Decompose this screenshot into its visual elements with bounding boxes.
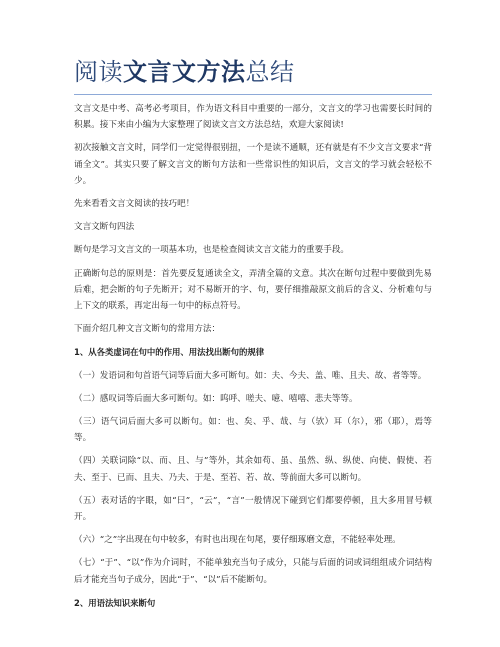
list-item: （六）“之”字出现在句中较多，有时也出现在句尾，要仔细琢磨文意，不能轻率处理。 bbox=[74, 532, 432, 548]
paragraph: 正确断句总的原则是：首先要反复通读全文，弄清全篇的文意。其次在断句过程中要做到先… bbox=[74, 266, 432, 315]
paragraph: 先来看看文言文阅读的技巧吧！ bbox=[74, 196, 432, 212]
section-heading-1: 1、从各类虚词在句中的作用、用法找出断句的规律 bbox=[74, 344, 432, 360]
list-item: （三）语气词后面大多可以断句。如：也、矣、乎、哉、与（欤）耳（尔），邪（耶），焉… bbox=[74, 414, 432, 446]
paragraph: 断句是学习文言文的一项基本功，也是检查阅读文言文能力的重要手段。 bbox=[74, 242, 432, 258]
paragraph: 下面介绍几种文言文断句的常用方法： bbox=[74, 321, 432, 337]
document-body: 文言文是中考、高考必考项目，作为语文科目中重要的一部分，文言文的学习也需要长时间… bbox=[74, 101, 432, 618]
document-page: 阅读文言文方法总结 文言文是中考、高考必考项目，作为语文科目中重要的一部分，文言… bbox=[0, 0, 500, 647]
list-item: （一）发语词和句首语气词等后面大多可断句。如：夫、今夫、盖、唯、且夫、故、者等等… bbox=[74, 368, 432, 384]
title-part-3: 总结 bbox=[246, 58, 295, 86]
section-label: 文言文断句四法 bbox=[74, 219, 432, 235]
title-part-2: 文言文方法 bbox=[123, 58, 246, 86]
paragraph: 初次接触文言文时，同学们一定觉得很别扭，一个是读不通顺，还有就是有不少文言文要求… bbox=[74, 140, 432, 189]
section-heading-2: 2、用语法知识来断句 bbox=[74, 595, 432, 611]
list-item: （四）关联词除“以、而、且、与”等外，其余如苟、虽、虽然、纵、纵使、向使、假使、… bbox=[74, 453, 432, 485]
page-title: 阅读文言文方法总结 bbox=[74, 57, 295, 87]
list-item: （二）感叹词等后面大多可断句。如：呜呼、嗟夫、噫、嘻嘻、悲夫等等。 bbox=[74, 391, 432, 407]
list-item: （五）表对话的字眼，如“曰”，“云”，“言”一般情况下碰到它们都要停顿，且大多用… bbox=[74, 493, 432, 525]
title-part-1: 阅读 bbox=[74, 58, 123, 86]
title-divider bbox=[74, 94, 432, 95]
list-item: （七）“于”、“以”作为介词时，不能单独充当句子成分，只能与后面的词或词组组成介… bbox=[74, 555, 432, 587]
paragraph-intro: 文言文是中考、高考必考项目，作为语文科目中重要的一部分，文言文的学习也需要长时间… bbox=[74, 101, 432, 133]
